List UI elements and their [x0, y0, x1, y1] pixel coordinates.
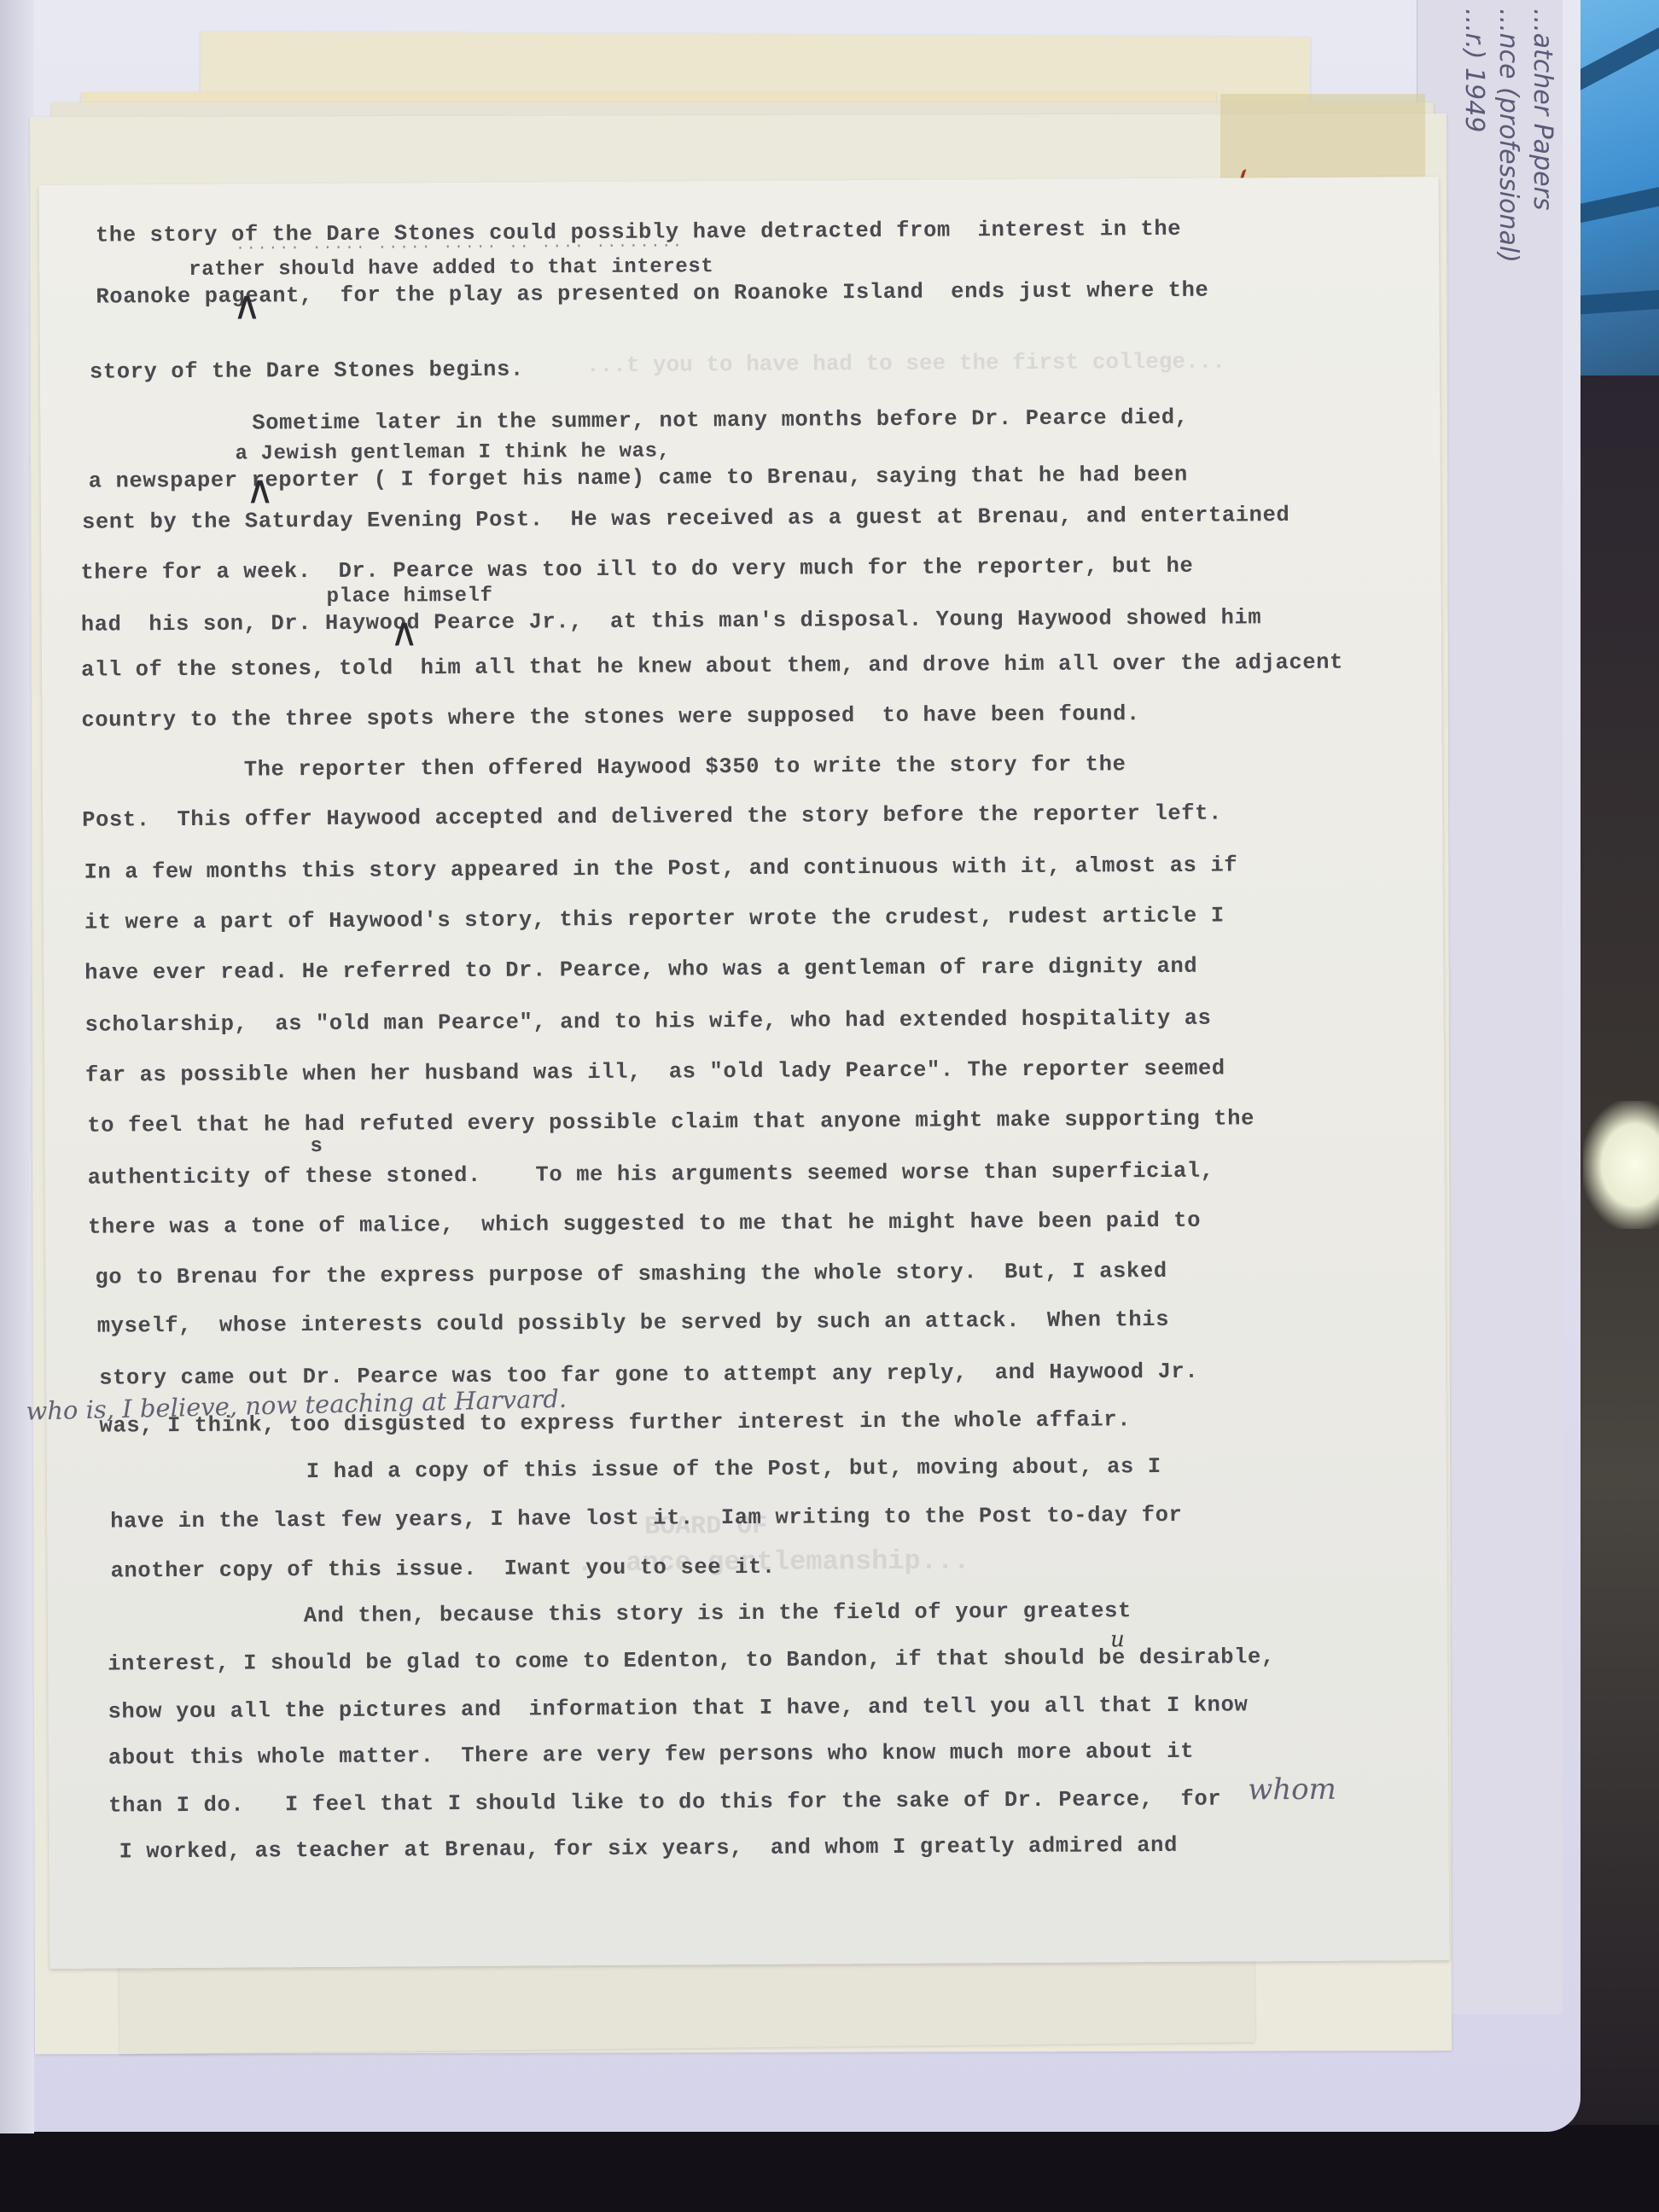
typed-insertion: place himself: [327, 585, 493, 608]
typed-line: go to Brenau for the express purpose of …: [95, 1259, 1167, 1290]
typed-line: scholarship, as "old man Pearce", and to…: [85, 1005, 1212, 1037]
typed-line: country to the three spots where the sto…: [81, 701, 1140, 733]
folder-label-line-3: ...r.) 1949: [1459, 9, 1489, 132]
typed-line: I worked, as teacher at Brenau, for six …: [119, 1833, 1178, 1865]
typed-line: interest, I should be glad to come to Ed…: [108, 1644, 1275, 1676]
typed-insertion: rather should have added to that interes…: [189, 255, 713, 282]
typed-line: far as possible when her husband was ill…: [85, 1057, 1225, 1088]
typed-line: I had a copy of this issue of the Post, …: [306, 1454, 1161, 1484]
typed-line: In a few months this story appeared in t…: [84, 853, 1237, 884]
typed-line: there was a tone of malice, which sugges…: [88, 1208, 1201, 1239]
typed-line: have ever read. He referred to Dr. Pearc…: [84, 954, 1197, 986]
typed-line: there for a week. Dr. Pearce was too ill…: [80, 554, 1193, 585]
typed-line: The reporter then offered Haywood $350 t…: [244, 752, 1126, 782]
handwritten-annotation: whom: [1248, 1773, 1336, 1807]
typed-line: all of the stones, told him all that he …: [81, 649, 1343, 682]
typed-line: story of the Dare Stones begins.: [90, 358, 524, 385]
typed-line: myself, whose interests could possibly b…: [97, 1307, 1169, 1339]
typed-line: show you all the pictures and informatio…: [108, 1692, 1248, 1724]
typed-line: about this whole matter. There are very …: [108, 1739, 1194, 1771]
typed-line: Post. This offer Haywood accepted and de…: [82, 800, 1222, 832]
folder-label-line-1: ...atcher Papers: [1528, 9, 1557, 211]
background-floor: [0, 2125, 1659, 2212]
bleed-through-text: ...t you to have had to see the first co…: [586, 349, 1225, 379]
typed-line: Roanoke pageant, for the play as present…: [96, 278, 1208, 310]
photo-scene: ...atcher Papers ...nce (professional) .…: [0, 0, 1659, 2212]
letter-page: ...... ..... ..... ..... .. .... .......…: [39, 177, 1450, 1969]
light-glare: [1583, 1101, 1659, 1229]
insertion-caret-icon: ∧: [232, 285, 261, 324]
typed-insertion: a Jewish gentleman I think he was,: [235, 440, 670, 466]
typed-line: Sometime later in the summer, not many m…: [252, 405, 1188, 436]
typed-line: another copy of this issue. Iwant you to…: [110, 1555, 775, 1584]
typed-line: story came out Dr. Pearce was too far go…: [99, 1359, 1198, 1391]
typed-line: it were a part of Haywood's story, this …: [84, 903, 1225, 934]
typed-line: had his son, Dr. Haywood Pearce Jr., at …: [81, 605, 1262, 637]
insertion-caret-icon: ∧: [390, 612, 419, 651]
insertion-caret-icon: ∧: [246, 469, 275, 509]
folder-spine: [0, 0, 34, 2133]
folder-label-line-2: ...nce (professional): [1493, 9, 1523, 263]
typed-line: to feel that he had refuted every possib…: [87, 1107, 1254, 1138]
typed-line: the story of the Dare Stones could possi…: [96, 217, 1181, 248]
typed-line: have in the last few years, I have lost …: [110, 1503, 1182, 1534]
typed-insertion: s: [310, 1135, 323, 1158]
typed-line: And then, because this story is in the f…: [304, 1598, 1132, 1628]
typed-line: than I do. I feel that I should like to …: [108, 1787, 1221, 1819]
handwritten-correction: u: [1110, 1627, 1125, 1652]
typed-line: authenticity of these stoned. To me his …: [88, 1159, 1214, 1190]
